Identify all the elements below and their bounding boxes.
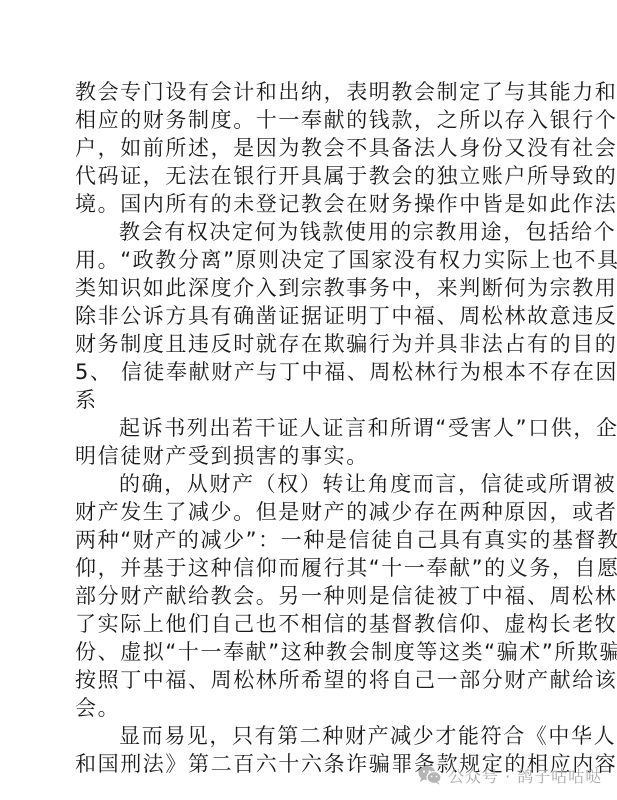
paragraph-1: 教会专门设有会计和出纳，表明教会制定了与其能力和意识 相应的财务制度。十一奉献的… xyxy=(75,78,555,218)
watermark-text: 公众号 · 鸽子咕咕哒 xyxy=(448,764,602,787)
heading-line: 5、 信徒奉献财产与丁中福、周松林行为根本不存在因果关 xyxy=(75,358,555,386)
text-line: 除非公诉方具有确凿证据证明丁中福、周松林故意违反教会 xyxy=(75,302,555,330)
text-line: 部分财产献给教会。另一种则是信徒被丁中福、周松林宣讲 xyxy=(75,582,555,610)
text-line: 相应的财务制度。十一奉献的钱款，之所以存入银行个人财 xyxy=(75,106,555,134)
text-line: 教会有权决定何为钱款使用的宗教用途，包括给个人使 xyxy=(75,218,555,246)
text-line: 份、虚拟“十一奉献”这种教会制度等这类“骗术”所欺骗，并 xyxy=(75,638,555,666)
section-heading-5: 5、 信徒奉献财产与丁中福、周松林行为根本不存在因果关 系 xyxy=(75,358,555,414)
text-line: 起诉书列出若干证人证言和所谓“受害人”口供，企图证 xyxy=(75,414,555,442)
text-line: 两种“财产的减少”：一种是信徒自己具有真实的基督教信 xyxy=(75,526,555,554)
text-line: 明信徒财产受到损害的事实。 xyxy=(75,442,555,470)
document-body: 教会专门设有会计和出纳，表明教会制定了与其能力和意识 相应的财务制度。十一奉献的… xyxy=(75,78,555,778)
paragraph-4: 的确，从财产（权）转让角度而言，信徒或所谓被害人 财产发生了减少。但是财产的减少… xyxy=(75,470,555,722)
text-line: 按照丁中福、周松林所希望的将自己一部分财产献给该教 xyxy=(75,666,555,694)
paragraph-2: 教会有权决定何为钱款使用的宗教用途，包括给个人使 用。“政教分离”原则决定了国家… xyxy=(75,218,555,358)
text-line: 类知识如此深度介入到宗教事务中，来判断何为宗教用途。 xyxy=(75,274,555,302)
text-line: 会。 xyxy=(75,694,555,722)
text-line: 财务制度且违反时就存在欺骗行为并具非法占有的目的。 xyxy=(75,330,555,358)
text-line: 财产发生了减少。但是财产的减少存在两种原因，或者存在 xyxy=(75,498,555,526)
watermark: 公众号 · 鸽子咕咕哒 xyxy=(418,763,602,787)
text-line: 户，如前所述，是因为教会不具备法人身份又没有社会机构 xyxy=(75,134,555,162)
paragraph-3: 起诉书列出若干证人证言和所谓“受害人”口供，企图证 明信徒财产受到损害的事实。 xyxy=(75,414,555,470)
text-line: 用。“政教分离”原则决定了国家没有权力实际上也不具备这 xyxy=(75,246,555,274)
text-line: 仰，并基于这种信仰而履行其“十一奉献”的义务，自愿将一 xyxy=(75,554,555,582)
text-line: 教会专门设有会计和出纳，表明教会制定了与其能力和意识 xyxy=(75,78,555,106)
text-line: 境。国内所有的未登记教会在财务操作中皆是如此作法。 xyxy=(75,190,555,218)
text-line: 的确，从财产（权）转让角度而言，信徒或所谓被害人 xyxy=(75,470,555,498)
text-line: 了实际上他们自己也不相信的基督教信仰、虚构长老牧师身 xyxy=(75,610,555,638)
wechat-icon xyxy=(418,765,442,785)
text-line: 显而易见，只有第二种财产减少才能符合《中华人民共 xyxy=(75,722,555,750)
text-line: 代码证，无法在银行开具属于教会的独立账户所导致的困 xyxy=(75,162,555,190)
heading-line: 系 xyxy=(75,386,555,414)
